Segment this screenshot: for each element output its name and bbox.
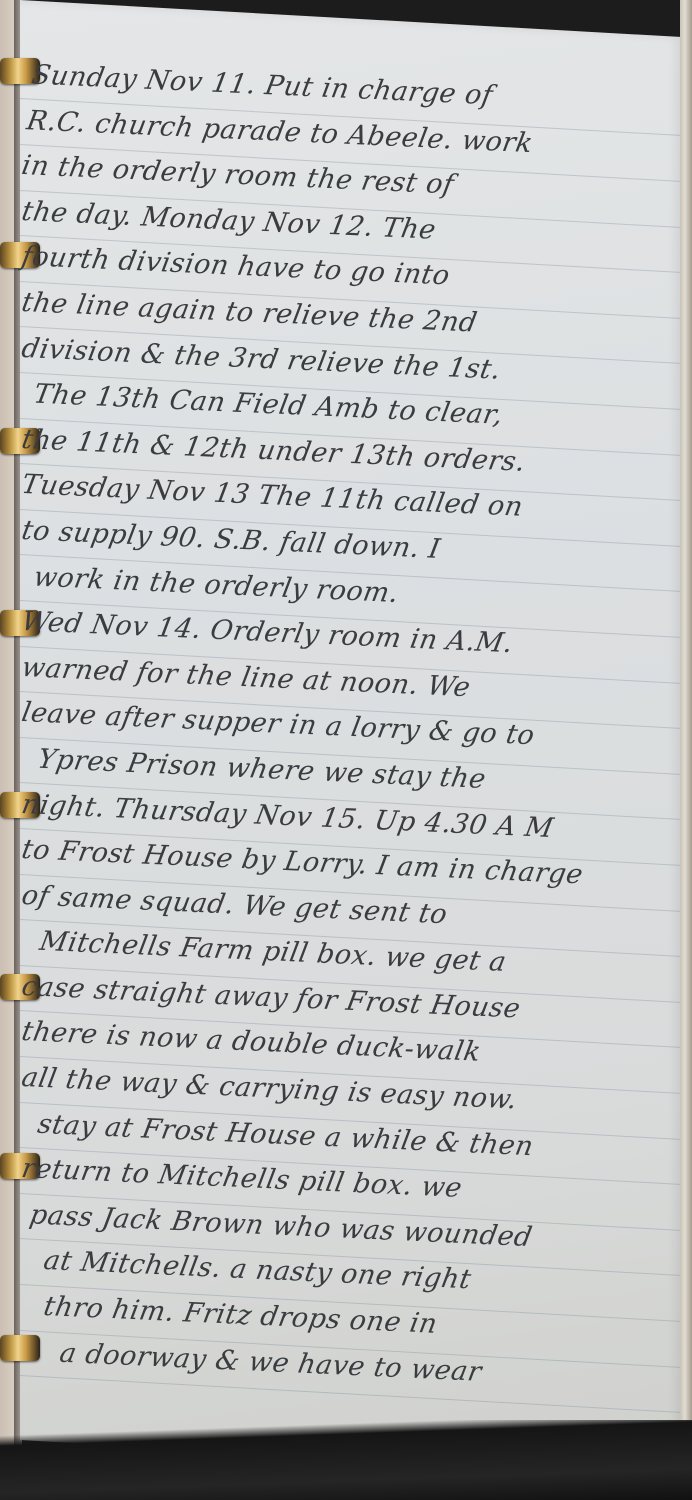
page-edge	[680, 0, 692, 1500]
notebook-cover-shadow	[0, 1420, 692, 1500]
handwritten-text: Sunday Nov 11. Put in charge of R.C. chu…	[22, 52, 672, 1404]
